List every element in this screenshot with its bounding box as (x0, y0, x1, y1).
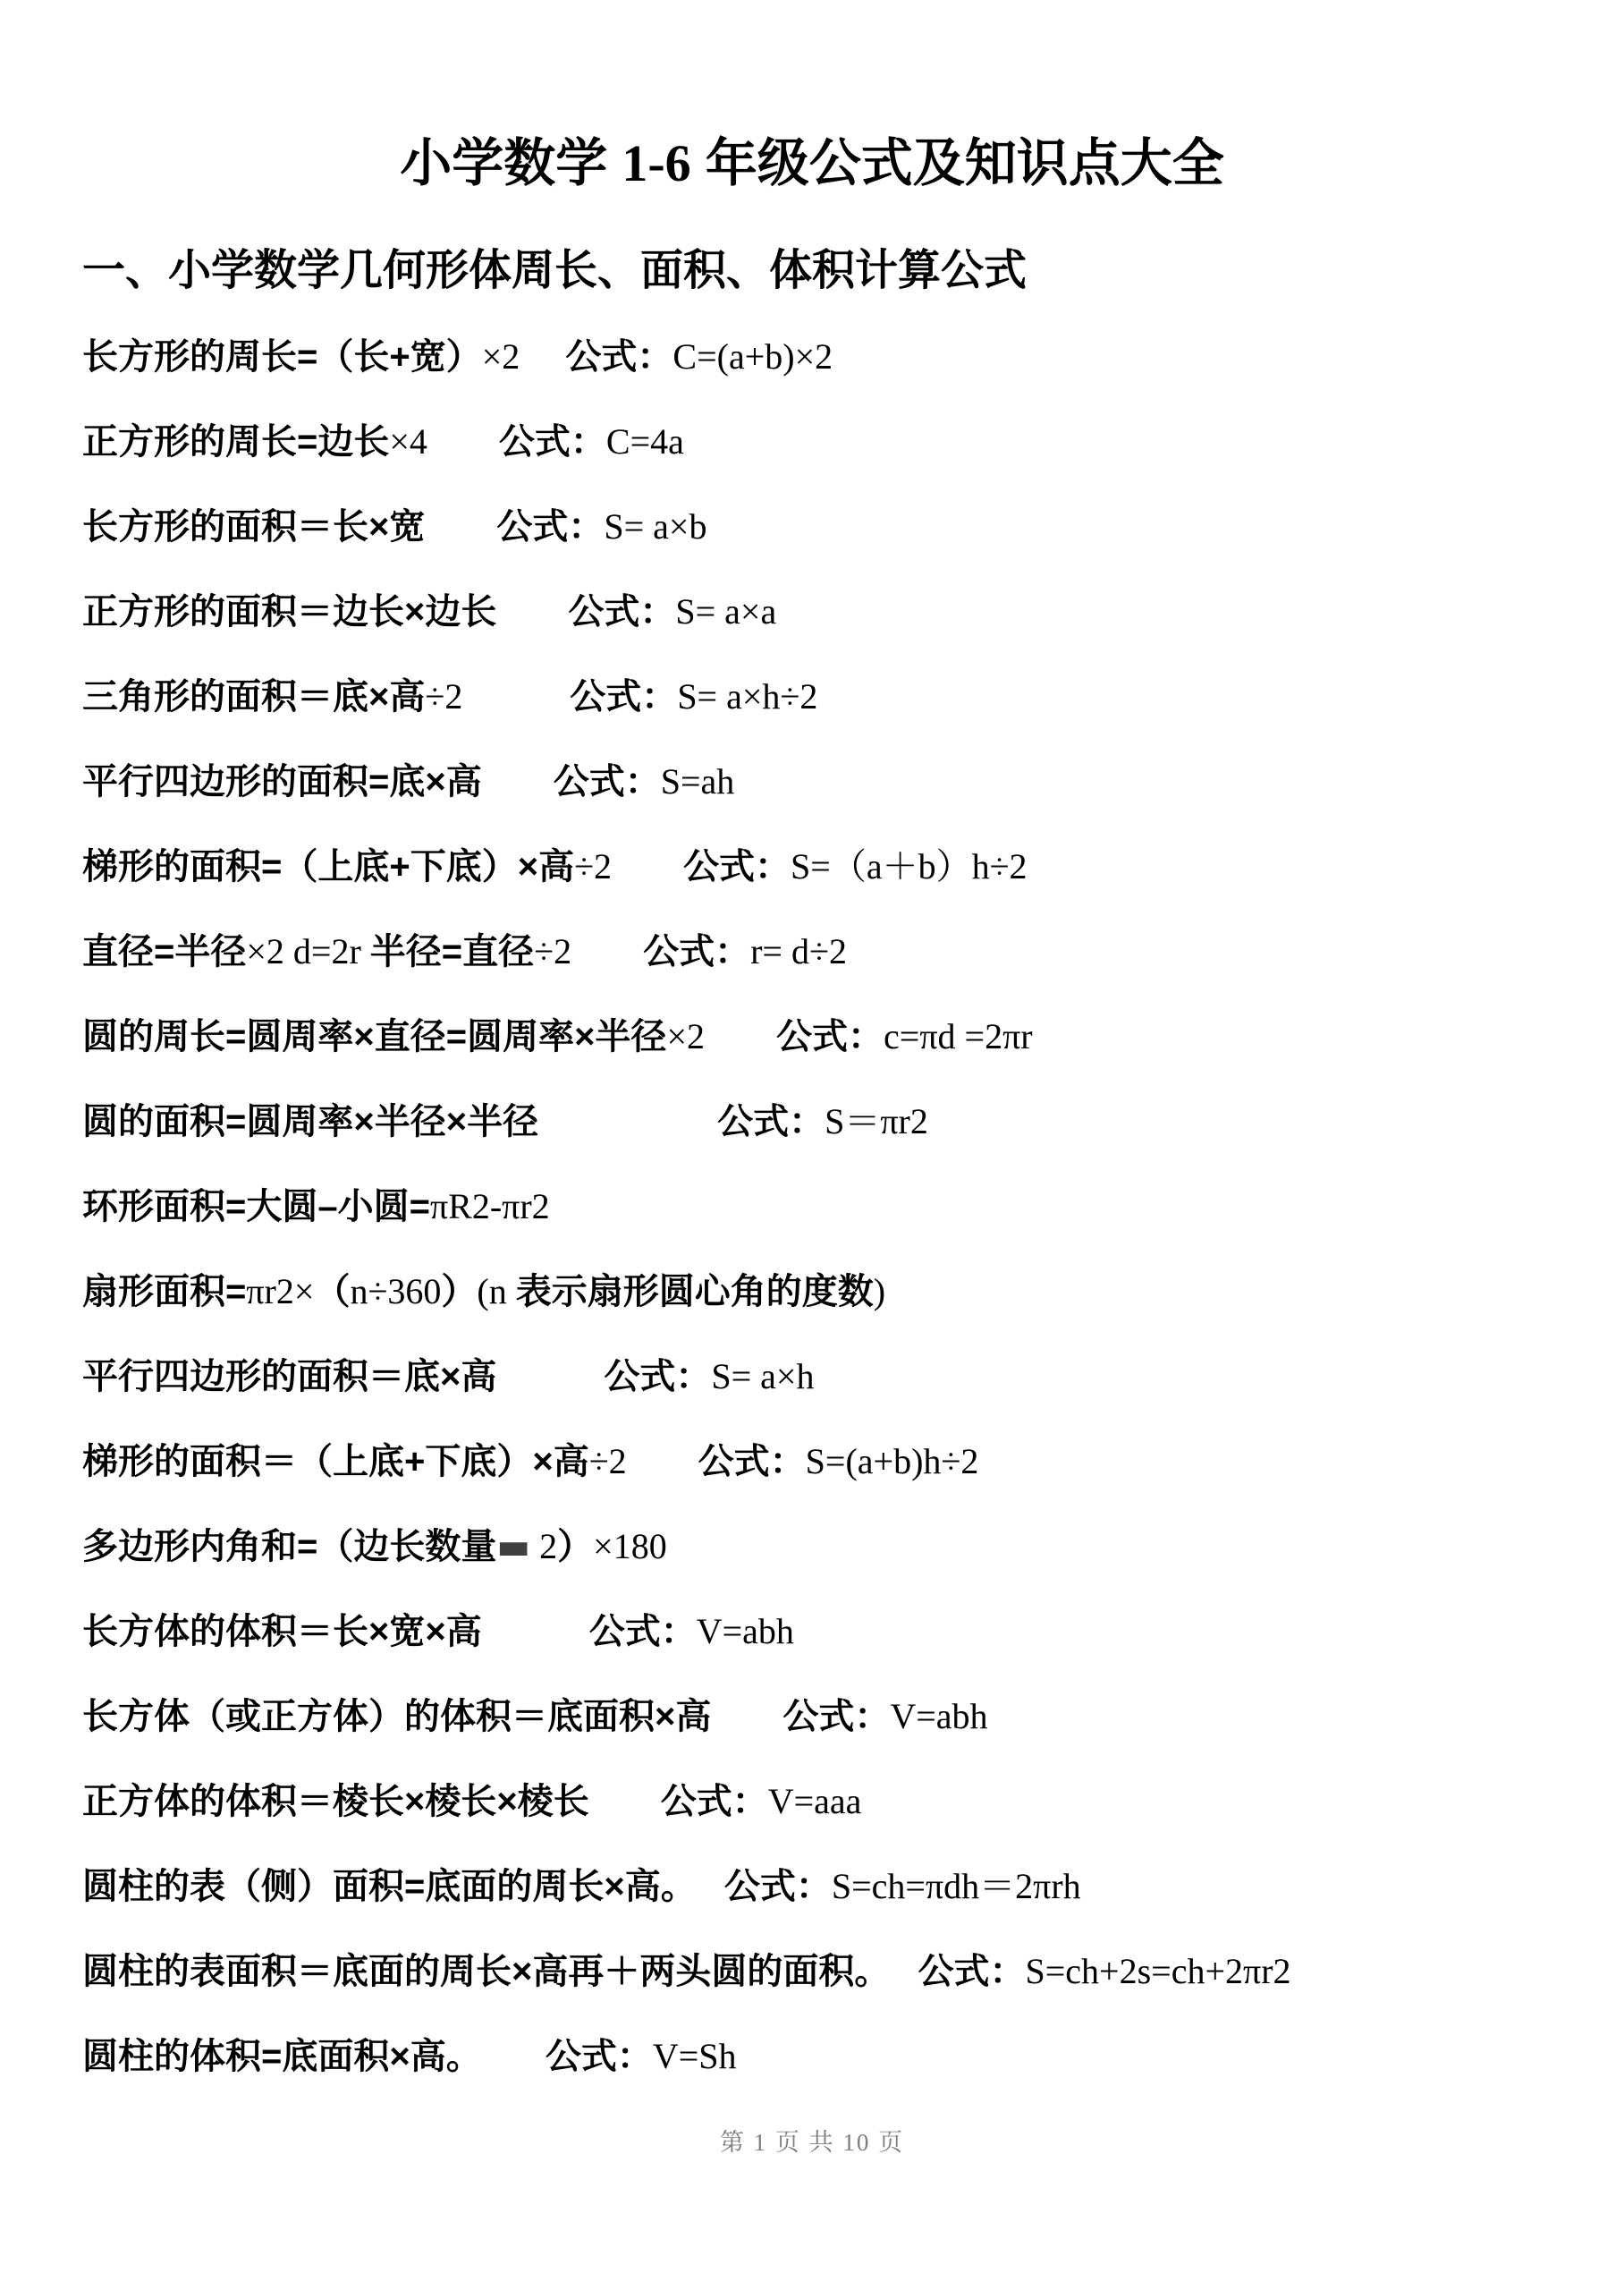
chinese-text: 公式： (427, 422, 606, 462)
formula-text: S=ch=πdh＝2πrh (832, 1866, 1081, 1906)
chinese-text: 圆柱的表面积＝底面的周长×高再＋两头圆的面积。 (82, 1952, 872, 1991)
formula-text: V=Sh (653, 2036, 737, 2076)
formula-text: V=aaa (768, 1781, 862, 1821)
chinese-text: 公式： (612, 847, 791, 886)
chinese-text: 平行四边形的面积=底×高 (82, 762, 482, 801)
chinese-text: ） (557, 1527, 593, 1566)
formula-text: ×2 (666, 1016, 705, 1056)
formula-line: 圆柱的体积=底面积×高。 公式：V=Sh (82, 2038, 1570, 2075)
chinese-text: 正方体的体积＝棱长×棱长×棱长 (82, 1782, 589, 1821)
chinese-text: 长方形的面积＝长×宽 (82, 507, 425, 547)
chinese-text: 长方形的周长=（长+宽） (82, 337, 482, 377)
chinese-text: 公式： (679, 1867, 832, 1906)
formula-text: ÷2 (574, 846, 612, 886)
formula-line: 平行四边形的面积＝底×高 公式：S= a×h (82, 1358, 1570, 1395)
formula-list: 长方形的周长=（长+宽）×2 公式：C=(a+b)×2正方形的周长=边长×4 公… (82, 338, 1570, 2075)
formula-text: ×4 (389, 421, 427, 462)
formula-text: c=πd =2πr (884, 1016, 1033, 1056)
chinese-text: 公式： (496, 592, 675, 632)
section-heading: 一、小学数学几何形体周长、面积、体积计算公式 (82, 247, 1624, 295)
formula-line: 扇形面积=πr2×（n÷360）(n 表示扇形圆心角的度数) (82, 1273, 1570, 1310)
formula-text: V=abh (697, 1611, 794, 1651)
chinese-text: 圆柱的表（侧）面积=底面的周长×高。 (82, 1867, 679, 1906)
chinese-text: ） (441, 1272, 477, 1311)
formula-text: S＝πr2 (825, 1101, 928, 1141)
chinese-text: 公式： (589, 1782, 768, 1821)
formula-text: ×2 d=2r (246, 931, 369, 971)
chinese-text: 直径=半径 (82, 932, 246, 971)
formula-text: C=4a (606, 421, 684, 462)
chinese-text: 公式： (627, 1442, 806, 1481)
chinese-text: 梯形的面积=（上底+下底）×高 (82, 847, 574, 886)
formula-line: 环形面积=大圆–小圆=πR2-πr2 (82, 1188, 1570, 1226)
chinese-text: 公式： (464, 2037, 653, 2076)
chinese-text: 公式： (482, 1612, 697, 1651)
formula-text: 2 (530, 1526, 557, 1566)
chinese-text: 圆柱的体积=底面积×高。 (82, 2037, 464, 2076)
chinese-text: 公式： (496, 1357, 711, 1396)
chinese-text: 多边形内角和=（边长数量 (82, 1527, 496, 1566)
chinese-text: 梯形的面积＝（上底+下底）×高 (82, 1442, 589, 1481)
chinese-text: 公式： (538, 1102, 825, 1141)
formula-text: V=abh (890, 1696, 987, 1736)
formula-text: n÷360 (350, 1271, 441, 1311)
formula-line: 长方形的面积＝长×宽 公式：S= a×b (82, 508, 1570, 546)
formula-text: (n (477, 1271, 515, 1311)
formula-text: ÷2 (534, 931, 571, 971)
formula-text: ×2 (482, 336, 520, 377)
formula-line: 圆柱的表面积＝底面的周长×高再＋两头圆的面积。 公式：S=ch+2s=ch+2π… (82, 1953, 1570, 1990)
document-page: 小学数学 1-6 年级公式及知识点大全 一、小学数学几何形体周长、面积、体积计算… (0, 0, 1624, 2290)
chinese-text: 公式： (571, 932, 750, 971)
chinese-text: 公式： (872, 1952, 1025, 1991)
formula-text: C=(a+b)×2 (672, 336, 833, 377)
chinese-text: 平行四边形的面积＝底×高 (82, 1357, 496, 1396)
formula-line: 正方形的周长=边长×4 公式：C=4a (82, 423, 1570, 461)
minus-dash: ▬ (496, 1526, 530, 1567)
formula-text: πR2-πr2 (430, 1186, 550, 1226)
chinese-text: 扇形面积= (82, 1272, 246, 1311)
chinese-text: 圆的面积=圆周率×半径×半径 (82, 1102, 538, 1141)
formula-line: 梯形的面积＝（上底+下底）×高÷2 公式：S=(a+b)h÷2 (82, 1443, 1570, 1480)
formula-line: 正方形的面积＝边长×边长 公式：S= a×a (82, 593, 1570, 631)
formula-line: 正方体的体积＝棱长×棱长×棱长 公式：V=aaa (82, 1783, 1570, 1820)
formula-text: πr2× (246, 1271, 314, 1311)
formula-text: S=(a+b)h÷2 (806, 1441, 979, 1481)
chinese-text: 公式： (520, 337, 672, 377)
chinese-text: （ (314, 1272, 350, 1311)
chinese-text: 正方形的周长=边长 (82, 422, 389, 462)
chinese-text: 年级公式及知识点大全 (691, 134, 1224, 192)
formula-line: 直径=半径×2 d=2r 半径=直径÷2 公式：r= d÷2 (82, 933, 1570, 971)
chinese-text: 三角形的面积＝底×高 (82, 677, 425, 717)
formula-text: S=（a＋b）h÷2 (791, 846, 1028, 886)
formula-text: S= a×h÷2 (677, 676, 817, 717)
formula-text: 1-6 (622, 134, 690, 192)
chinese-text: 公式： (462, 677, 677, 717)
formula-text: ) (874, 1271, 885, 1311)
chinese-text: 长方体（或正方体）的体积＝底面积×高 (82, 1697, 711, 1736)
chinese-text: 环形面积=大圆–小圆= (82, 1187, 430, 1226)
formula-line: 圆柱的表（侧）面积=底面的周长×高。 公式：S=ch=πdh＝2πrh (82, 1868, 1570, 1905)
formula-line: 三角形的面积＝底×高÷2 公式：S= a×h÷2 (82, 678, 1570, 716)
chinese-text: 小学数学 (400, 134, 622, 192)
formula-text: S= a×h (711, 1356, 814, 1396)
chinese-text: 正方形的面积＝边长×边长 (82, 592, 496, 632)
formula-line: 长方形的周长=（长+宽）×2 公式：C=(a+b)×2 (82, 338, 1570, 376)
formula-line: 圆的面积=圆周率×半径×半径 公式：S＝πr2 (82, 1103, 1570, 1141)
page-title: 小学数学 1-6 年级公式及知识点大全 (0, 0, 1624, 193)
chinese-text: 半径=直径 (370, 932, 534, 971)
chinese-text: 圆的周长=圆周率×直径=圆周率×半径 (82, 1017, 666, 1056)
formula-text: ×180 (593, 1526, 667, 1566)
formula-text: S= a×b (604, 506, 706, 547)
formula-text: S=ch+2s=ch+2πr2 (1025, 1951, 1290, 1991)
formula-text: S=ah (661, 761, 735, 801)
formula-line: 平行四边形的面积=底×高 公式：S=ah (82, 763, 1570, 801)
formula-line: 多边形内角和=（边长数量▬ 2）×180 (82, 1528, 1570, 1565)
formula-line: 长方体（或正方体）的体积＝底面积×高 公式：V=abh (82, 1698, 1570, 1735)
formula-line: 圆的周长=圆周率×直径=圆周率×半径×2 公式：c=πd =2πr (82, 1018, 1570, 1056)
chinese-text: 表示扇形圆心角的度数 (516, 1272, 874, 1311)
formula-line: 梯形的面积=（上底+下底）×高÷2 公式：S=（a＋b）h÷2 (82, 848, 1570, 886)
page-footer: 第 1 页 共 10 页 (0, 2123, 1624, 2158)
formula-text: S= a×a (675, 591, 776, 632)
formula-text: ÷2 (425, 676, 462, 717)
formula-text: ÷2 (589, 1441, 627, 1481)
chinese-text: 公式： (482, 762, 661, 801)
chinese-text: 公式： (705, 1017, 884, 1056)
chinese-text: 公式： (711, 1697, 890, 1736)
formula-line: 长方体的体积＝长×宽×高 公式：V=abh (82, 1613, 1570, 1650)
chinese-text: 长方体的体积＝长×宽×高 (82, 1612, 482, 1651)
formula-text: r= d÷2 (750, 931, 847, 971)
chinese-text: 公式： (425, 507, 604, 547)
